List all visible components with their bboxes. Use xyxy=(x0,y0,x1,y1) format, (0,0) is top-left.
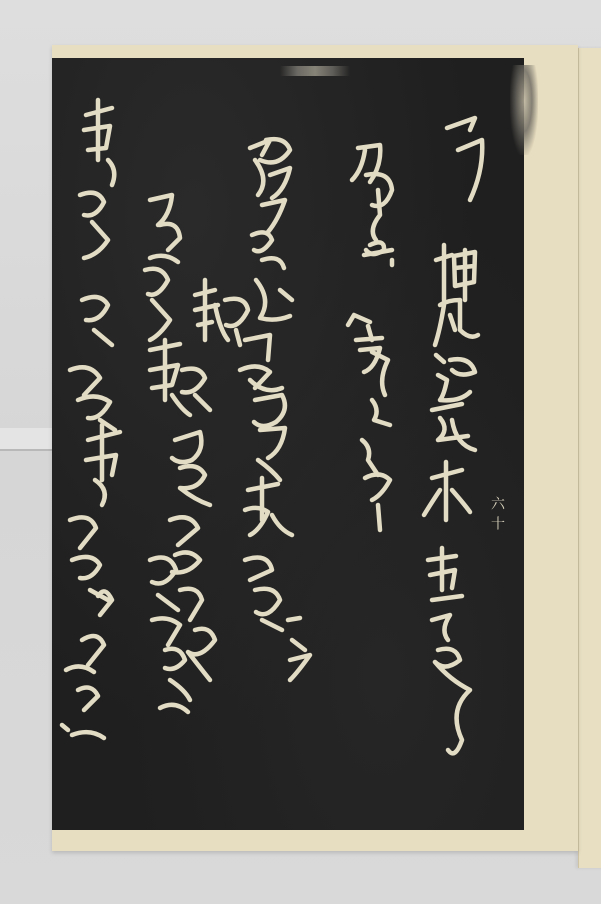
calligraphy-strokes xyxy=(0,0,601,904)
column-6 xyxy=(62,100,120,738)
column-3 xyxy=(240,139,310,680)
page-number-marker: 六十 xyxy=(486,496,514,536)
column-2 xyxy=(348,145,392,530)
column-5 xyxy=(145,195,190,712)
column-1 xyxy=(424,118,482,753)
